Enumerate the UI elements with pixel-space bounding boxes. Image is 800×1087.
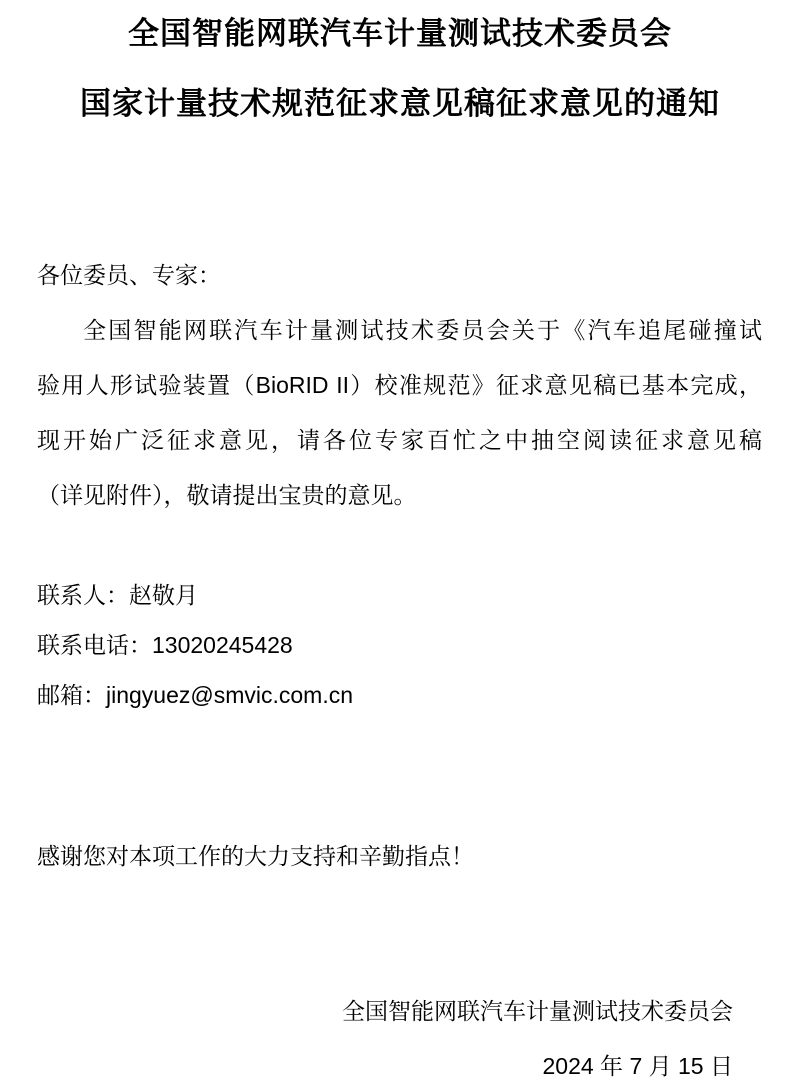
paragraph-line-4: （详见附件），敬请提出宝贵的意见。 (37, 468, 762, 523)
notice-body-paragraph: 全国智能网联汽车计量测试技术委员会关于《汽车追尾碰撞试 验用人形试验装置（Bio… (0, 303, 800, 523)
paragraph-line-3: 现开始广泛征求意见，请各位专家百忙之中抽空阅读征求意见稿 (37, 413, 762, 468)
paragraph-line-1: 全国智能网联汽车计量测试技术委员会关于《汽车追尾碰撞试 (37, 303, 762, 358)
notice-title: 国家计量技术规范征求意见稿征求意见的通知 (0, 86, 800, 122)
committee-title: 全国智能网联汽车计量测试技术委员会 (0, 0, 800, 52)
paragraph-line-2: 验用人形试验装置（BioRID II）校准规范》征求意见稿已基本完成， (37, 358, 762, 413)
signature-block: 全国智能网联汽车计量测试技术委员会 2024 年 7 月 15 日 (0, 984, 800, 1087)
signature-committee: 全国智能网联汽车计量测试技术委员会 (0, 984, 733, 1039)
thanks-line: 感谢您对本项工作的大力支持和辛勤指点！ (0, 829, 800, 884)
signature-date: 2024 年 7 月 15 日 (0, 1039, 733, 1087)
contact-person-line: 联系人：赵敬月 (37, 570, 762, 620)
contact-phone-line: 联系电话：13020245428 (37, 620, 762, 670)
salutation: 各位委员、专家： (0, 248, 800, 303)
notice-document-page: 全国智能网联汽车计量测试技术委员会 国家计量技术规范征求意见稿征求意见的通知 各… (0, 0, 800, 1087)
contact-email-line: 邮箱：jingyuez@smvic.com.cn (37, 670, 762, 720)
contact-block: 联系人：赵敬月 联系电话：13020245428 邮箱：jingyuez@smv… (0, 570, 800, 720)
